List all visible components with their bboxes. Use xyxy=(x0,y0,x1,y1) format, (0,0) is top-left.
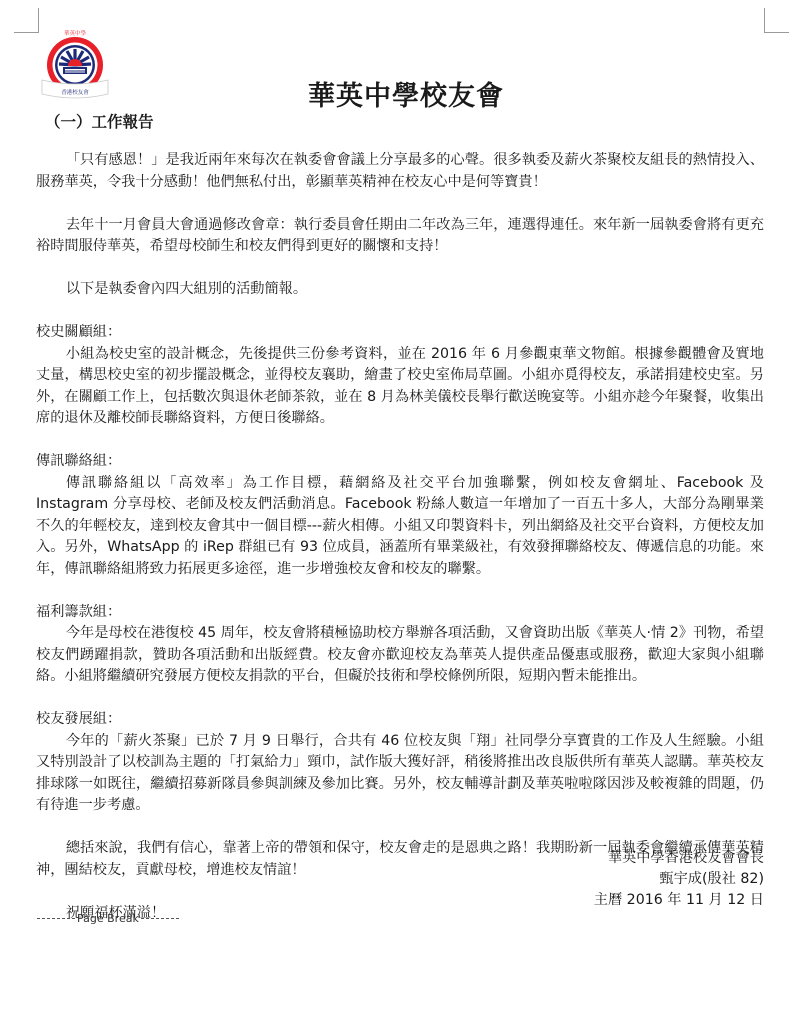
page-break-label: Page Break xyxy=(77,912,139,925)
page-corner-mark-top-right xyxy=(764,8,789,33)
page-break-marker: Page Break xyxy=(37,912,179,925)
dashed-line xyxy=(141,918,179,919)
intro-paragraph: 以下是執委會內四大組別的活動簡報。 xyxy=(36,279,764,301)
section-heading: （一）工作報告 xyxy=(45,110,154,132)
signature-block: 華英中學香港校友會會長 甄宇成(殷社 82) 主曆 2016 年 11 月 12… xyxy=(594,848,764,911)
dashed-line xyxy=(37,918,75,919)
group-title: 傳訊聯絡組： xyxy=(36,451,764,473)
group-section-history: 校史關顧組： 小組為校史室的設計概念，先後提供三份參考資料，並在 2016 年 … xyxy=(36,322,764,430)
svg-text:華英中學: 華英中學 xyxy=(64,29,87,37)
signature-name: 甄宇成(殷社 82) xyxy=(594,869,764,890)
group-title: 福利籌款組： xyxy=(36,602,764,624)
group-paragraph: 今年的「薪火茶聚」已於 7 月 9 日舉行，合共有 46 位校友與「翔」社同學分… xyxy=(36,731,764,817)
page-corner-mark-top-left xyxy=(14,8,39,33)
intro-paragraph: 去年十一月會員大會通過修改會章：執行委員會任期由二年改為三年，連選得連任。來年新… xyxy=(36,215,764,258)
group-paragraph: 傳訊聯絡組以「高效率」為工作目標，藉網絡及社交平台加強聯繫，例如校友會網址、Fa… xyxy=(36,473,764,581)
group-section-development: 校友發展組： 今年的「薪火茶聚」已於 7 月 9 日舉行，合共有 46 位校友與… xyxy=(36,709,764,817)
signature-role: 華英中學香港校友會會長 xyxy=(594,848,764,869)
signature-date: 主曆 2016 年 11 月 12 日 xyxy=(594,890,764,911)
group-section-welfare: 福利籌款組： 今年是母校在港復校 45 周年，校友會將積極協助校方舉辦各項活動，… xyxy=(36,602,764,688)
document-title: 華英中學校友會 xyxy=(0,74,794,113)
group-section-communication: 傳訊聯絡組： 傳訊聯絡組以「高效率」為工作目標，藉網絡及社交平台加強聯繫，例如校… xyxy=(36,451,764,580)
group-title: 校友發展組： xyxy=(36,709,764,731)
document-body: 「只有感恩！」是我近兩年來每次在執委會會議上分享最多的心聲。很多執委及薪火茶聚校… xyxy=(36,150,764,946)
group-title: 校史關顧組： xyxy=(36,322,764,344)
group-paragraph: 小組為校史室的設計概念，先後提供三份參考資料，並在 2016 年 6 月參觀東華… xyxy=(36,344,764,430)
group-paragraph: 今年是母校在港復校 45 周年，校友會將積極協助校方舉辦各項活動，又會資助出版《… xyxy=(36,623,764,688)
intro-paragraph: 「只有感恩！」是我近兩年來每次在執委會會議上分享最多的心聲。很多執委及薪火茶聚校… xyxy=(36,150,764,193)
